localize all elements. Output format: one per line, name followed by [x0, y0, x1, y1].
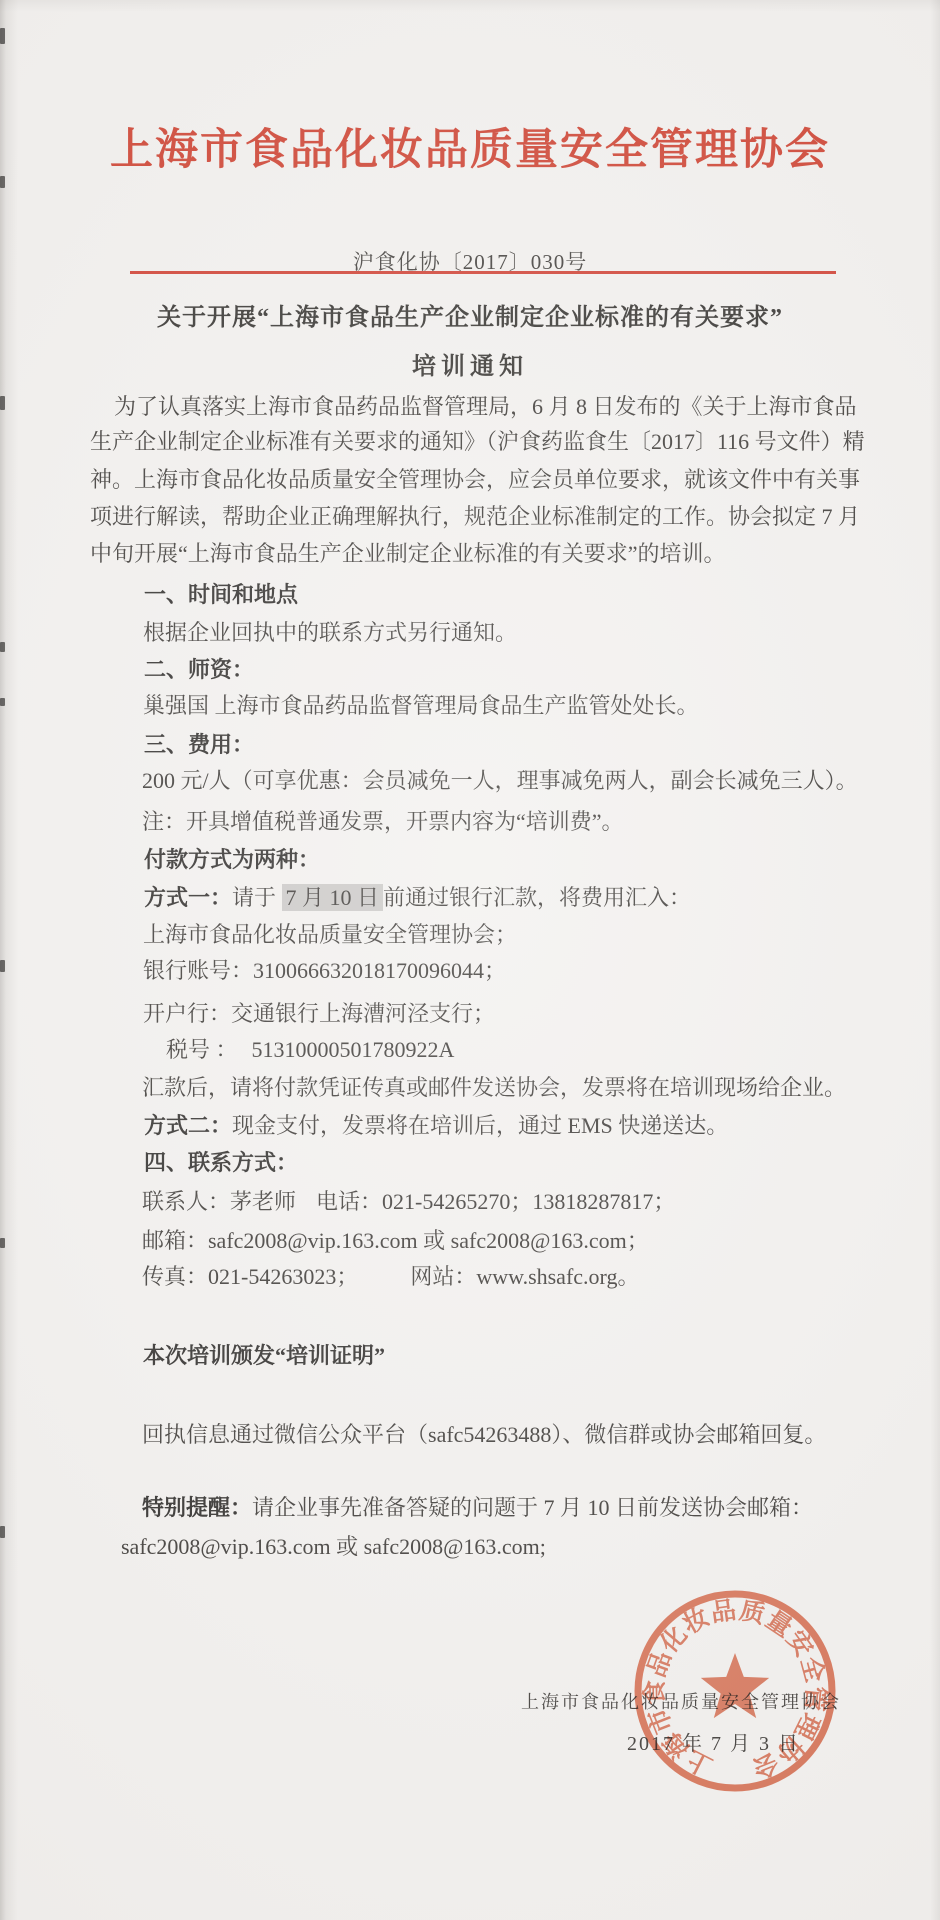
scan-speckle: [0, 1238, 5, 1248]
section2-body: 巢强国 上海市食品药品监督管理局食品生产监管处处长。: [143, 693, 699, 719]
certificate-note-line: 本次培训颁发“培训证明”: [143, 1343, 385, 1369]
bank-account-line: 银行账号：310066632018170096044；: [143, 958, 506, 984]
payee-line: 上海市食品化妆品质量安全管理协会；: [143, 922, 517, 948]
section1-body: 根据企业回执中的联系方式另行通知。: [143, 620, 517, 646]
payment-method1-line: 方式一：请于 7 月 10 日前通过银行汇款，将费用汇入：: [144, 885, 691, 911]
tax-label: 税号 ：: [166, 1037, 238, 1062]
letterhead-rule: [130, 271, 836, 274]
reminder-body: 请企业事先准备答疑的问题于 7 月 10 日前发送协会邮箱：: [252, 1495, 813, 1520]
payment-heading: 付款方式为两种：: [144, 847, 320, 873]
intro-line: 中旬开展“上海市食品生产企业制定企业标准的有关要求”的培训。: [90, 541, 726, 567]
scan-speckle: [0, 396, 5, 410]
receipt-note-line: 回执信息通过微信公众平台（safc54263488）、微信群或协会邮箱回复。: [142, 1422, 826, 1448]
contact-fax: 传真：021-54263023；: [142, 1264, 358, 1289]
method2-body: 现金支付，发票将在培训后，通过 EMS 快递送达。: [232, 1113, 728, 1138]
invoice-note: 注：开具增值税普通发票，开票内容为“培训费”。: [142, 809, 624, 835]
contact-phone: 电话：021-54265270；13818287817；: [316, 1189, 675, 1214]
reminder-email-line: safc2008@vip.163.com 或 safc2008@163.com;: [121, 1534, 546, 1560]
contact-line: 联系人：茅老师电话：021-54265270；13818287817；: [142, 1189, 675, 1215]
contact-person: 联系人：茅老师: [142, 1189, 296, 1214]
letterhead-org-title: 上海市食品化妆品质量安全管理协会: [0, 116, 940, 177]
tax-number: 51310000501780922A: [252, 1037, 455, 1062]
section3-body: 200 元/人（可享优惠：会员减免一人，理事减免两人，副会长减免三人）。: [142, 768, 858, 794]
seal-star-icon: [701, 1653, 769, 1718]
document-title-line1: 关于开展“上海市食品生产企业制定企业标准的有关要求”: [0, 297, 940, 332]
payment-method2-line: 方式二：现金支付，发票将在培训后，通过 EMS 快递送达。: [144, 1113, 728, 1139]
document-title-line2: 培训通知: [0, 346, 940, 381]
scan-speckle: [0, 28, 5, 44]
contact-website: 网站：www.shsafc.org。: [410, 1264, 639, 1289]
intro-line: 项进行解读，帮助企业正确理解执行，规范企业标准制定的工作。协会拟定 7 月: [90, 504, 860, 530]
remit-note-line: 汇款后，请将付款凭证传真或邮件发送协会，发票将在培训现场给企业。: [142, 1075, 846, 1101]
method1-post: 前通过银行汇款，将费用汇入：: [383, 885, 691, 910]
tax-number-line: 税号 ：51310000501780922A: [166, 1037, 454, 1063]
document-page: 上海市食品化妆品质量安全管理协会 沪食化协〔2017〕030号 关于开展“上海市…: [0, 0, 940, 1920]
method1-label: 方式一：: [144, 885, 232, 910]
scan-speckle: [0, 642, 5, 652]
intro-line: 为了认真落实上海市食品药品监督管理局，6 月 8 日发布的《关于上海市食品: [90, 394, 857, 420]
section1-heading: 一、时间和地点: [144, 582, 298, 608]
intro-line: 神。上海市食品化妆品质量安全管理协会，应会员单位要求，就该文件中有关事: [90, 467, 860, 493]
method1-date-highlight: 7 月 10 日: [282, 884, 384, 911]
scan-speckle: [0, 1526, 5, 1538]
reminder-label: 特别提醒：: [142, 1495, 252, 1520]
scan-speckle: [0, 698, 5, 706]
reminder-line: 特别提醒：请企业事先准备答疑的问题于 7 月 10 日前发送协会邮箱：: [142, 1495, 813, 1521]
method2-label: 方式二：: [144, 1113, 232, 1138]
intro-line: 生产企业制定企业标准有关要求的通知》（沪食药监食生〔2017〕116 号文件）精: [90, 429, 865, 455]
section2-heading: 二、师资：: [144, 657, 254, 683]
scan-speckle: [0, 960, 5, 972]
section3-heading: 三、费用：: [144, 732, 254, 758]
fax-web-line: 传真：021-54263023；网站：www.shsafc.org。: [142, 1264, 639, 1290]
email-line: 邮箱：safc2008@vip.163.com 或 safc2008@163.c…: [142, 1228, 649, 1254]
official-seal: 上海市食品化妆品质量安全管理协会: [625, 1581, 845, 1801]
bank-branch-line: 开户行：交通银行上海漕河泾支行；: [143, 1001, 495, 1027]
section4-heading: 四、联系方式：: [144, 1150, 298, 1176]
method1-pre: 请于: [232, 885, 282, 910]
scan-speckle: [0, 176, 5, 188]
